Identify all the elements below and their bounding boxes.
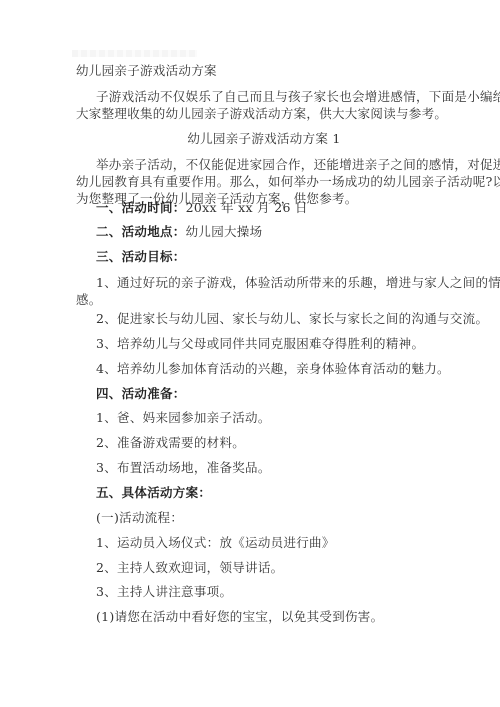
plan-heading: 五、具体活动方案： xyxy=(96,484,211,501)
intro-line-2: 大家整理收集的幼儿园亲子游戏活动方案，供大大家阅读与参考。 xyxy=(76,105,447,122)
place-value: 幼儿园大操场 xyxy=(186,224,263,239)
place-label: 二、活动地点： xyxy=(96,224,186,239)
goal-item-1-line-2: 感。 xyxy=(76,291,102,308)
plan-item-2: 2、主持人致欢迎词，领导讲话。 xyxy=(96,559,283,576)
plan-item-3: 3、主持人讲注意事项。 xyxy=(96,583,232,600)
lead-line-2: 幼儿园教育具有重要作用。那么，如何举办一场成功的幼儿园亲子活动呢?以下 xyxy=(76,173,500,190)
time-label: 一、活动时间： xyxy=(96,200,186,215)
plan-item-1: 1、运动员入场仪式：放《运动员进行曲》 xyxy=(96,534,335,551)
document-page: 幼儿园亲子游戏活动方案 子游戏活动不仅娱乐了自己而且与孩子家长也会增进感情，下面… xyxy=(0,0,500,707)
goal-item-2: 2、促进家长与幼儿园、家长与幼儿、家长与家长之间的沟通与交流。 xyxy=(96,310,488,327)
preparation-item-3: 3、布置活动场地，准备奖品。 xyxy=(96,459,271,476)
activity-place: 二、活动地点：幼儿园大操场 xyxy=(96,223,262,240)
plan-sub-heading: (一)活动流程： xyxy=(96,509,183,526)
goal-item-1-line-1: 1、通过好玩的亲子游戏，体验活动所带来的乐趣，增进与家人之间的情 xyxy=(96,274,500,291)
document-title: 幼儿园亲子游戏活动方案 xyxy=(76,62,217,79)
preparation-heading: 四、活动准备： xyxy=(96,385,186,402)
section-title: 幼儿园亲子游戏活动方案 1 xyxy=(0,130,500,147)
goals-heading: 三、活动目标： xyxy=(96,248,186,265)
goal-item-4: 4、培养幼儿参加体育活动的兴趣，亲身体验体育活动的魅力。 xyxy=(96,360,450,377)
watermark-line xyxy=(72,50,197,57)
preparation-item-1: 1、爸、妈来园参加亲子活动。 xyxy=(96,409,271,426)
plan-item-4: (1)请您在活动中看好您的宝宝，以免其受到伤害。 xyxy=(96,608,383,625)
intro-line-1: 子游戏活动不仅娱乐了自己而且与孩子家长也会增进感情，下面是小编给 xyxy=(96,88,500,105)
preparation-item-2: 2、准备游戏需要的材料。 xyxy=(96,434,245,451)
activity-time: 一、活动时间：20xx 年 xx 月 26 日 xyxy=(96,199,308,216)
lead-line-1: 举办亲子活动，不仅能促进家园合作，还能增进亲子之间的感情，对促进 xyxy=(96,156,500,173)
goal-item-3: 3、培养幼儿与父母或同伴共同克服困难夺得胜利的精神。 xyxy=(96,335,424,352)
time-value: 20xx 年 xx 月 26 日 xyxy=(186,200,308,215)
